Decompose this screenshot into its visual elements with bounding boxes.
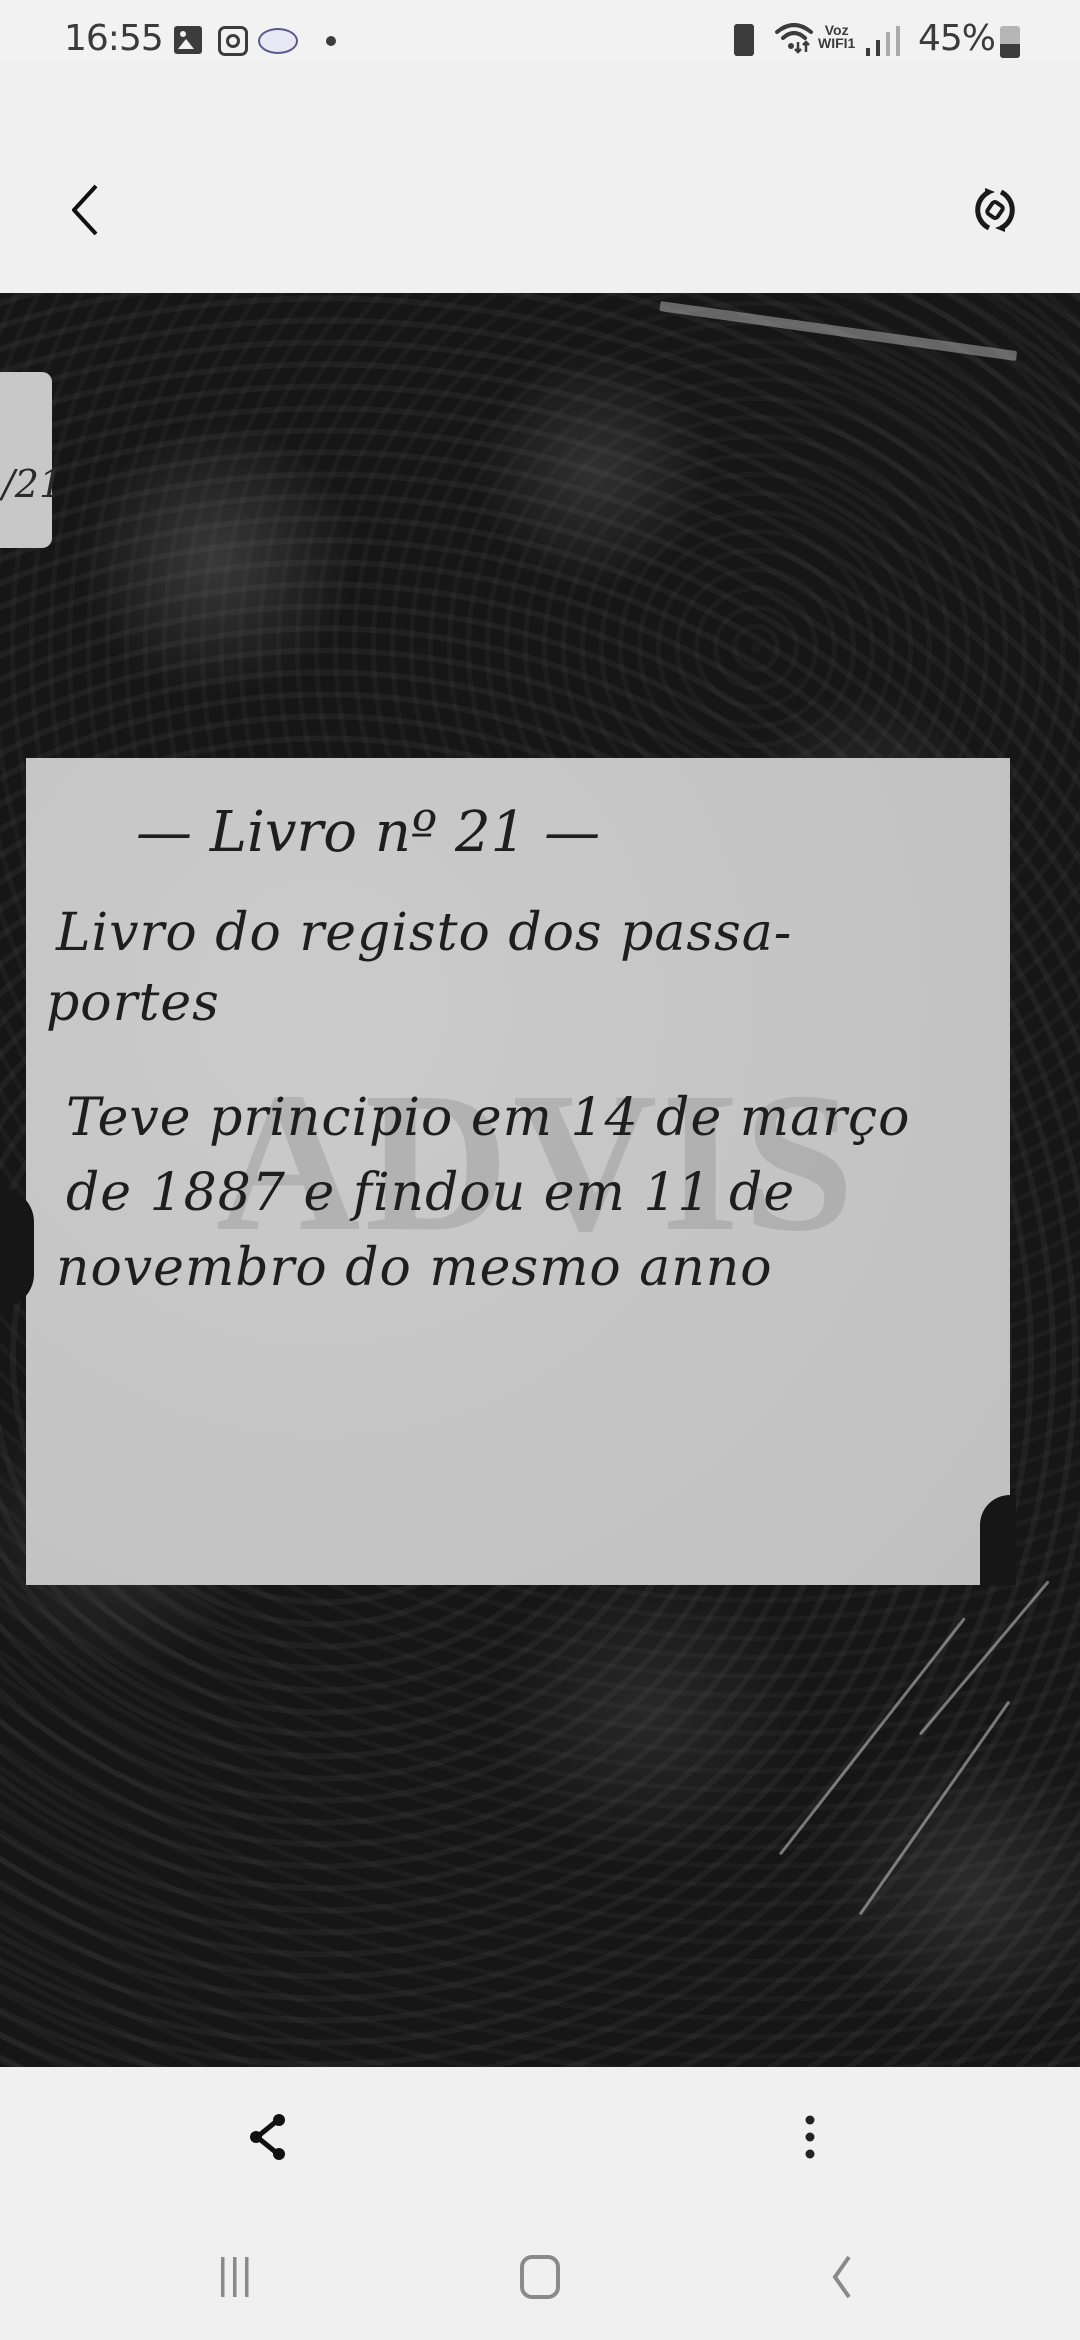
viewer-top-bar [0,60,1080,293]
more-vertical-icon [800,2112,820,2162]
spine-tab-text: /21 [2,462,63,506]
status-bar: 16:55 Voz WIFI1 45% [0,0,1080,60]
voz-wifi-icon: Voz WIFI1 [818,24,855,50]
signal-icon [864,26,904,56]
rotate-button[interactable] [955,170,1035,250]
wifi-icon [774,20,814,61]
paper-torn-edge [0,1188,34,1308]
home-icon [518,2254,562,2300]
share-button[interactable] [228,2097,308,2177]
chevron-left-icon [66,180,106,240]
wifi1-label: WIFI1 [818,35,855,51]
battery-percent: 45% [918,18,995,59]
paper-label: ADVIS — Livro nº 21 — Livro do registo d… [26,758,1010,1585]
back-icon [827,2254,857,2300]
system-nav-bar [0,2227,1080,2340]
paper-torn-corner [980,1495,1016,1585]
battery-saver-icon [734,24,754,56]
more-options-button[interactable] [770,2097,850,2177]
label-line: portes [46,973,220,1033]
system-back-button[interactable] [802,2237,882,2317]
handshake-app-icon [258,28,298,54]
home-button[interactable] [500,2237,580,2317]
viewer-bottom-bar [0,2067,1080,2227]
label-title: — Livro nº 21 — [136,800,600,865]
back-button[interactable] [50,170,122,250]
label-line: Livro do registo dos passa- [56,903,792,963]
battery-icon [1000,26,1020,58]
recents-button[interactable] [195,2237,275,2317]
rotate-icon [967,182,1023,238]
spine-tab: /21 [0,372,52,548]
label-line: de 1887 e findou em 11 de [66,1163,795,1223]
photo-view[interactable]: /21 ADVIS — Livro nº 21 — Livro do regis… [0,293,1080,2067]
label-line: novembro do mesmo anno [56,1238,773,1298]
recents-icon [215,2255,255,2299]
clock: 16:55 [64,18,163,59]
label-line: Teve principio em 14 de março [66,1088,910,1148]
more-notifications-dot [326,36,336,46]
gallery-icon [174,26,202,54]
share-icon [243,2112,293,2162]
instagram-icon [218,26,248,56]
